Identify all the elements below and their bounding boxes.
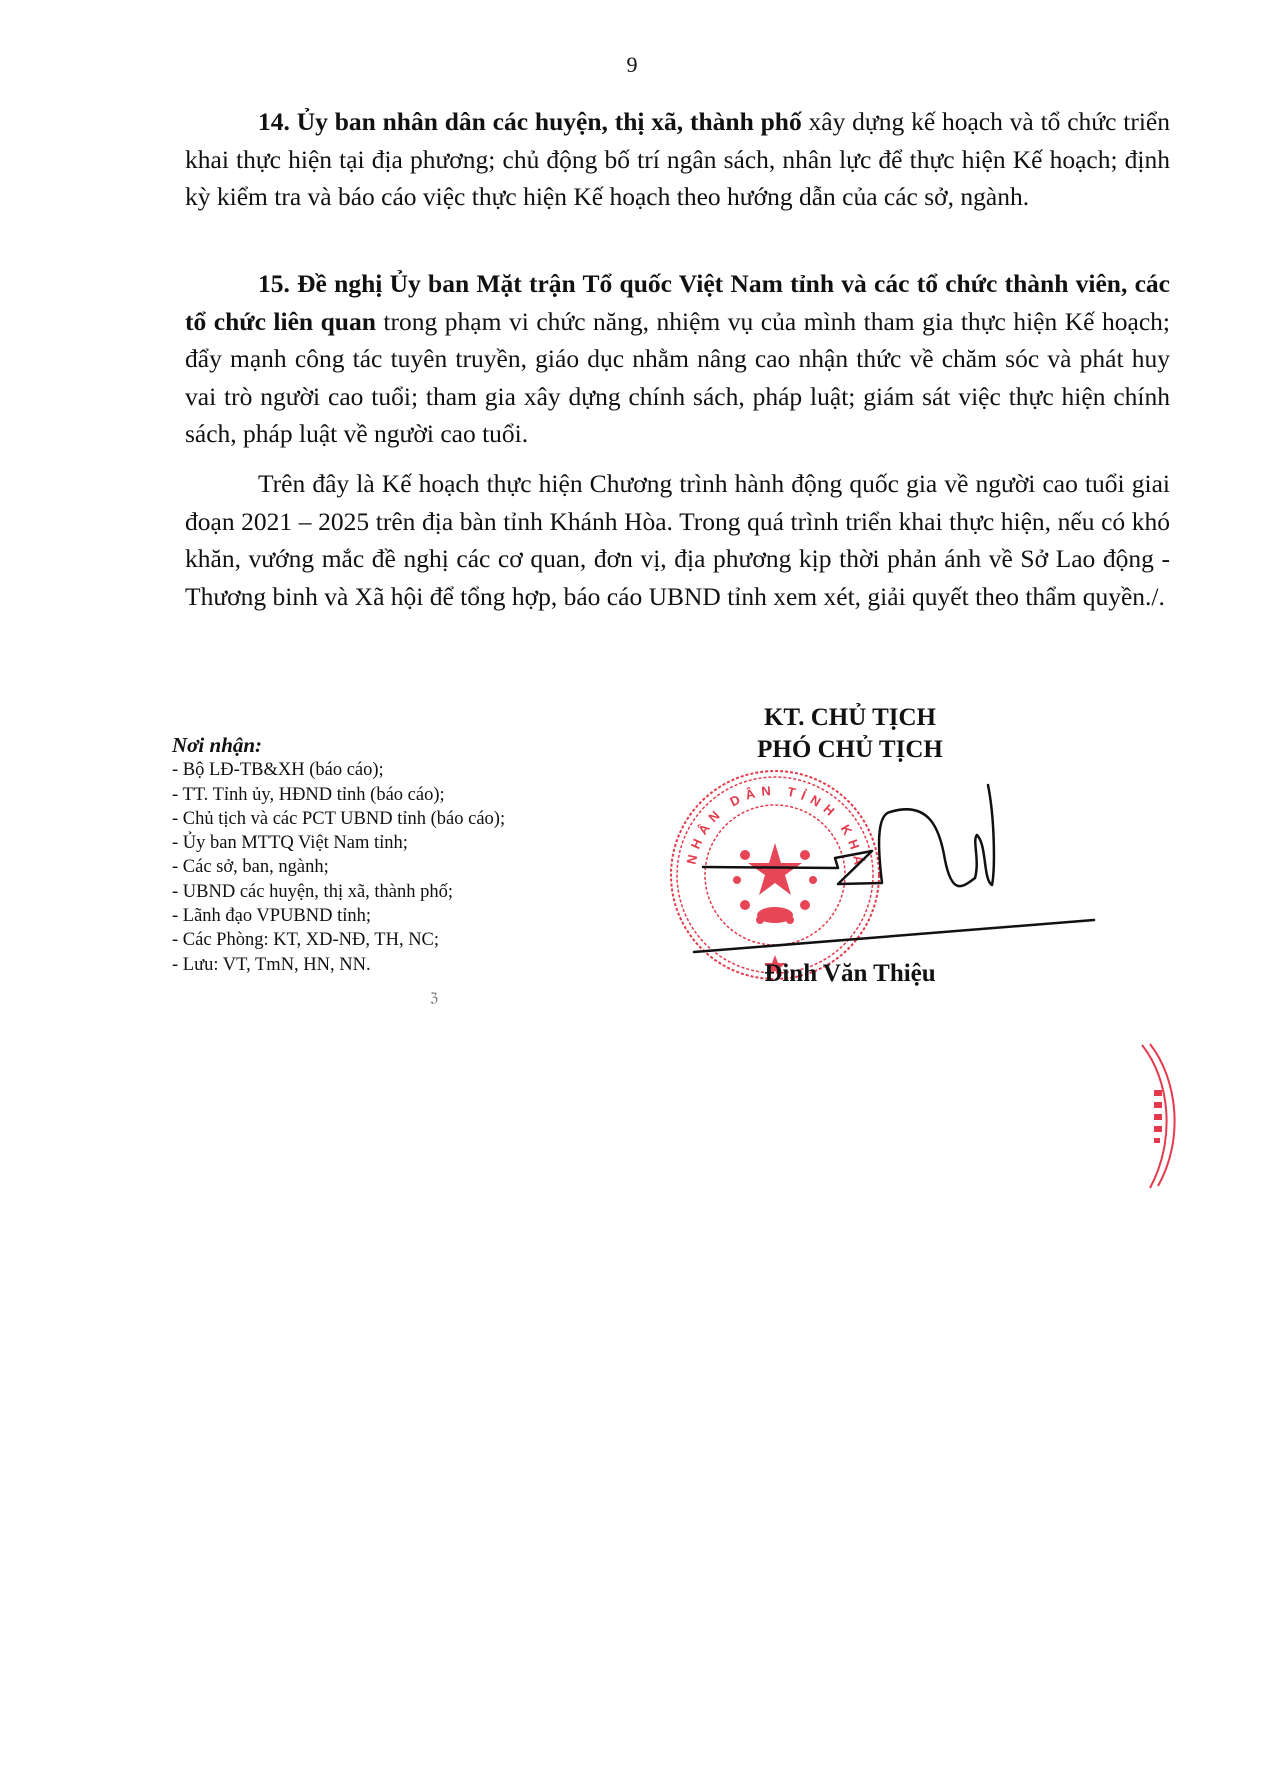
signature-title-line2: PHÓ CHỦ TỊCH [700, 734, 1000, 766]
recipient-item: - Lưu: VT, TmN, HN, NN. [172, 953, 505, 977]
recipients-heading: Nơi nhận: [172, 733, 505, 757]
page-number: 9 [0, 52, 1264, 78]
recipient-item: - Các sở, ban, ngành; [172, 855, 505, 879]
signature-title-line1: KT. CHỦ TỊCH [700, 702, 1000, 734]
recipient-item: - Chủ tịch và các PCT UBND tỉnh (báo cáo… [172, 807, 505, 831]
signature-title-block: KT. CHỦ TỊCH PHÓ CHỦ TỊCH [700, 702, 1000, 766]
initial-mark: ℨ [430, 990, 438, 1006]
paragraph-14: 14. Ủy ban nhân dân các huyện, thị xã, t… [185, 103, 1170, 225]
recipient-item: - Ủy ban MTTQ Việt Nam tỉnh; [172, 831, 505, 855]
paragraph-14-lead: 14. Ủy ban nhân dân các huyện, thị xã, t… [258, 107, 802, 136]
paragraph-15: 15. Đề nghị Ủy ban Mặt trận Tổ quốc Việt… [185, 265, 1170, 462]
signature-icon [690, 760, 1110, 960]
recipient-item: - Các Phòng: KT, XD-NĐ, TH, NC; [172, 928, 505, 952]
recipients-list: Nơi nhận: - Bộ LĐ-TB&XH (báo cáo); - TT.… [172, 733, 505, 977]
signer-name: Đinh Văn Thiệu [700, 960, 1000, 988]
closing-paragraph: Trên đây là Kế hoạch thực hiện Chương tr… [185, 465, 1170, 624]
closing-text: Trên đây là Kế hoạch thực hiện Chương tr… [185, 469, 1170, 611]
recipient-item: - UBND các huyện, thị xã, thành phố; [172, 880, 505, 904]
recipient-item: - TT. Tỉnh ủy, HĐND tỉnh (báo cáo); [172, 783, 505, 807]
recipient-item: - Bộ LĐ-TB&XH (báo cáo); [172, 758, 505, 782]
partial-seal-icon [1140, 1040, 1190, 1190]
recipient-item: - Lãnh đạo VPUBND tỉnh; [172, 904, 505, 928]
